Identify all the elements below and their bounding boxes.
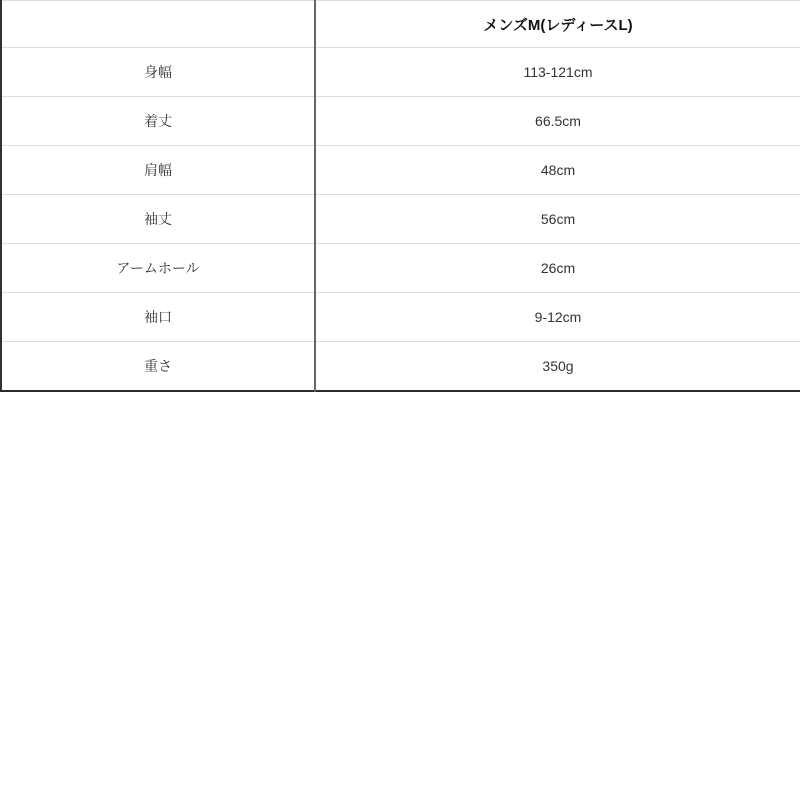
table-row: 肩幅 48cm bbox=[1, 146, 800, 195]
row-label: 袖丈 bbox=[1, 195, 315, 244]
table-row: 着丈 66.5cm bbox=[1, 97, 800, 146]
row-value: 56cm bbox=[315, 195, 800, 244]
header-row: メンズM(レディースL) bbox=[1, 1, 800, 48]
row-value: 48cm bbox=[315, 146, 800, 195]
header-size-cell: メンズM(レディースL) bbox=[315, 1, 800, 48]
row-value: 26cm bbox=[315, 244, 800, 293]
header-empty-cell bbox=[1, 1, 315, 48]
row-value: 113-121cm bbox=[315, 48, 800, 97]
row-label: 身幅 bbox=[1, 48, 315, 97]
table-row: 袖口 9-12cm bbox=[1, 293, 800, 342]
table-row: アームホール 26cm bbox=[1, 244, 800, 293]
row-label: アームホール bbox=[1, 244, 315, 293]
table-row: 袖丈 56cm bbox=[1, 195, 800, 244]
size-chart-table: メンズM(レディースL) 身幅 113-121cm 着丈 66.5cm 肩幅 4… bbox=[0, 0, 800, 392]
size-chart-page: メンズM(レディースL) 身幅 113-121cm 着丈 66.5cm 肩幅 4… bbox=[0, 0, 800, 800]
row-label: 肩幅 bbox=[1, 146, 315, 195]
table-row: 重さ 350g bbox=[1, 342, 800, 392]
row-label: 着丈 bbox=[1, 97, 315, 146]
table-row: 身幅 113-121cm bbox=[1, 48, 800, 97]
row-label: 袖口 bbox=[1, 293, 315, 342]
row-value: 9-12cm bbox=[315, 293, 800, 342]
empty-area bbox=[0, 392, 800, 797]
row-label: 重さ bbox=[1, 342, 315, 392]
row-value: 350g bbox=[315, 342, 800, 392]
row-value: 66.5cm bbox=[315, 97, 800, 146]
